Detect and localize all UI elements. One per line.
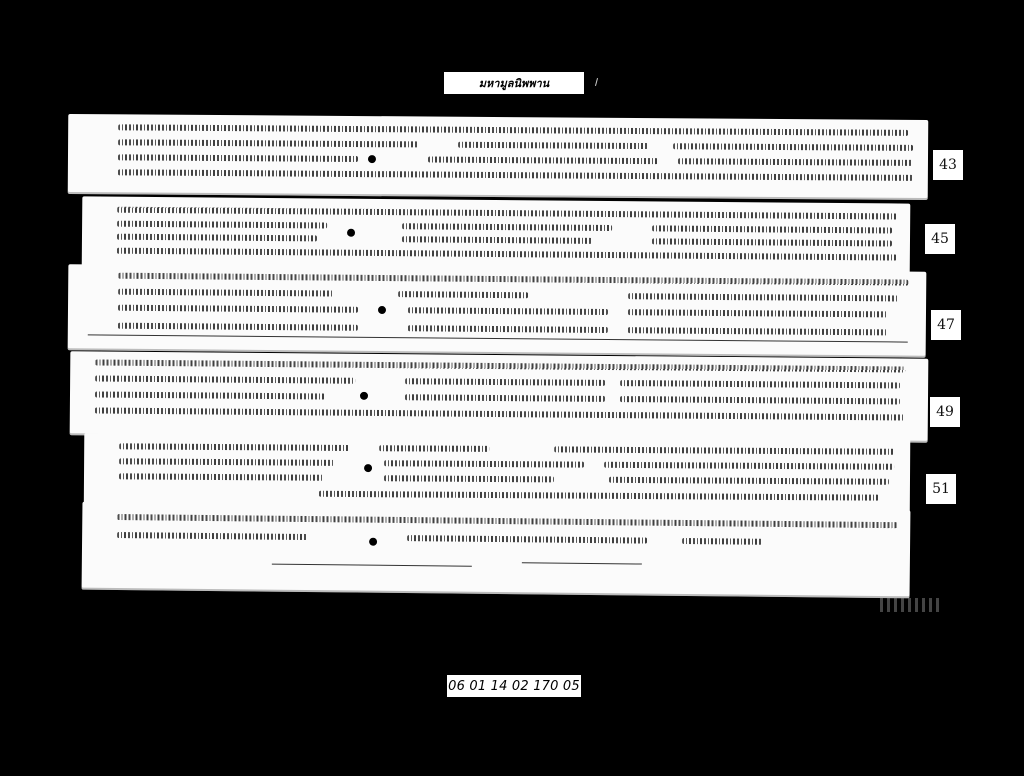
script-line: [118, 289, 333, 297]
script-line: [384, 460, 584, 467]
script-line: [428, 157, 658, 165]
script-line: [119, 473, 324, 480]
script-line: [554, 446, 894, 454]
page-number-label: 47: [931, 310, 961, 340]
palm-leaf-4: [70, 351, 929, 442]
script-line: [652, 225, 892, 233]
script-line: [119, 443, 349, 451]
scan-artifact: [880, 598, 940, 612]
script-line: [604, 462, 894, 470]
script-line: [117, 532, 307, 540]
binding-hole: [368, 155, 376, 163]
script-line: [117, 207, 897, 220]
binding-hole: [369, 538, 377, 546]
script-line: [117, 248, 897, 261]
script-line: [402, 236, 592, 244]
ruling-line: [522, 562, 642, 564]
script-line: [118, 154, 358, 162]
script-line: [628, 309, 888, 317]
script-line: [682, 538, 762, 545]
palm-leaf-1: [68, 114, 929, 200]
binding-hole: [364, 464, 372, 472]
script-line: [652, 238, 892, 246]
script-line: [117, 221, 327, 229]
page-number-label: 43: [933, 150, 963, 180]
script-line: [673, 143, 913, 151]
binding-hole: [347, 229, 355, 237]
page-number-label: 45: [925, 224, 955, 254]
palm-leaf-3: [68, 264, 927, 357]
script-line: [319, 491, 879, 501]
script-line: [620, 396, 900, 404]
script-line: [118, 273, 908, 286]
script-line: [609, 477, 889, 485]
script-line: [95, 407, 905, 420]
script-line: [398, 291, 528, 298]
ruling-line: [88, 334, 908, 342]
script-line: [119, 458, 334, 466]
script-line: [95, 359, 905, 372]
script-line: [628, 327, 888, 335]
scan-mark: [595, 78, 598, 86]
palm-leaf-6: [82, 502, 911, 599]
script-line: [620, 380, 900, 388]
script-line: [405, 378, 605, 386]
script-line: [118, 323, 358, 331]
script-line: [118, 305, 358, 313]
script-line: [407, 535, 647, 544]
manuscript-title-label: มหามูลนิพพาน: [444, 72, 584, 94]
binding-hole: [360, 392, 368, 400]
page-number-label: 49: [930, 397, 960, 427]
script-line: [678, 158, 913, 166]
script-line: [408, 307, 608, 315]
script-line: [402, 223, 612, 231]
script-line: [628, 293, 898, 301]
script-line: [117, 234, 317, 242]
script-line: [118, 139, 418, 147]
script-line: [95, 391, 325, 399]
script-line: [118, 124, 908, 136]
script-line: [95, 375, 355, 383]
script-line: [405, 394, 605, 402]
page-number-label: 51: [926, 474, 956, 504]
ruling-line: [272, 564, 472, 567]
catalog-code-label: 06 01 14 02 170 05: [447, 675, 581, 697]
script-line: [458, 142, 648, 149]
script-line: [384, 475, 554, 482]
script-line: [118, 169, 913, 181]
binding-hole: [378, 306, 386, 314]
script-line: [408, 325, 608, 333]
script-line: [117, 514, 897, 528]
script-line: [379, 445, 489, 452]
